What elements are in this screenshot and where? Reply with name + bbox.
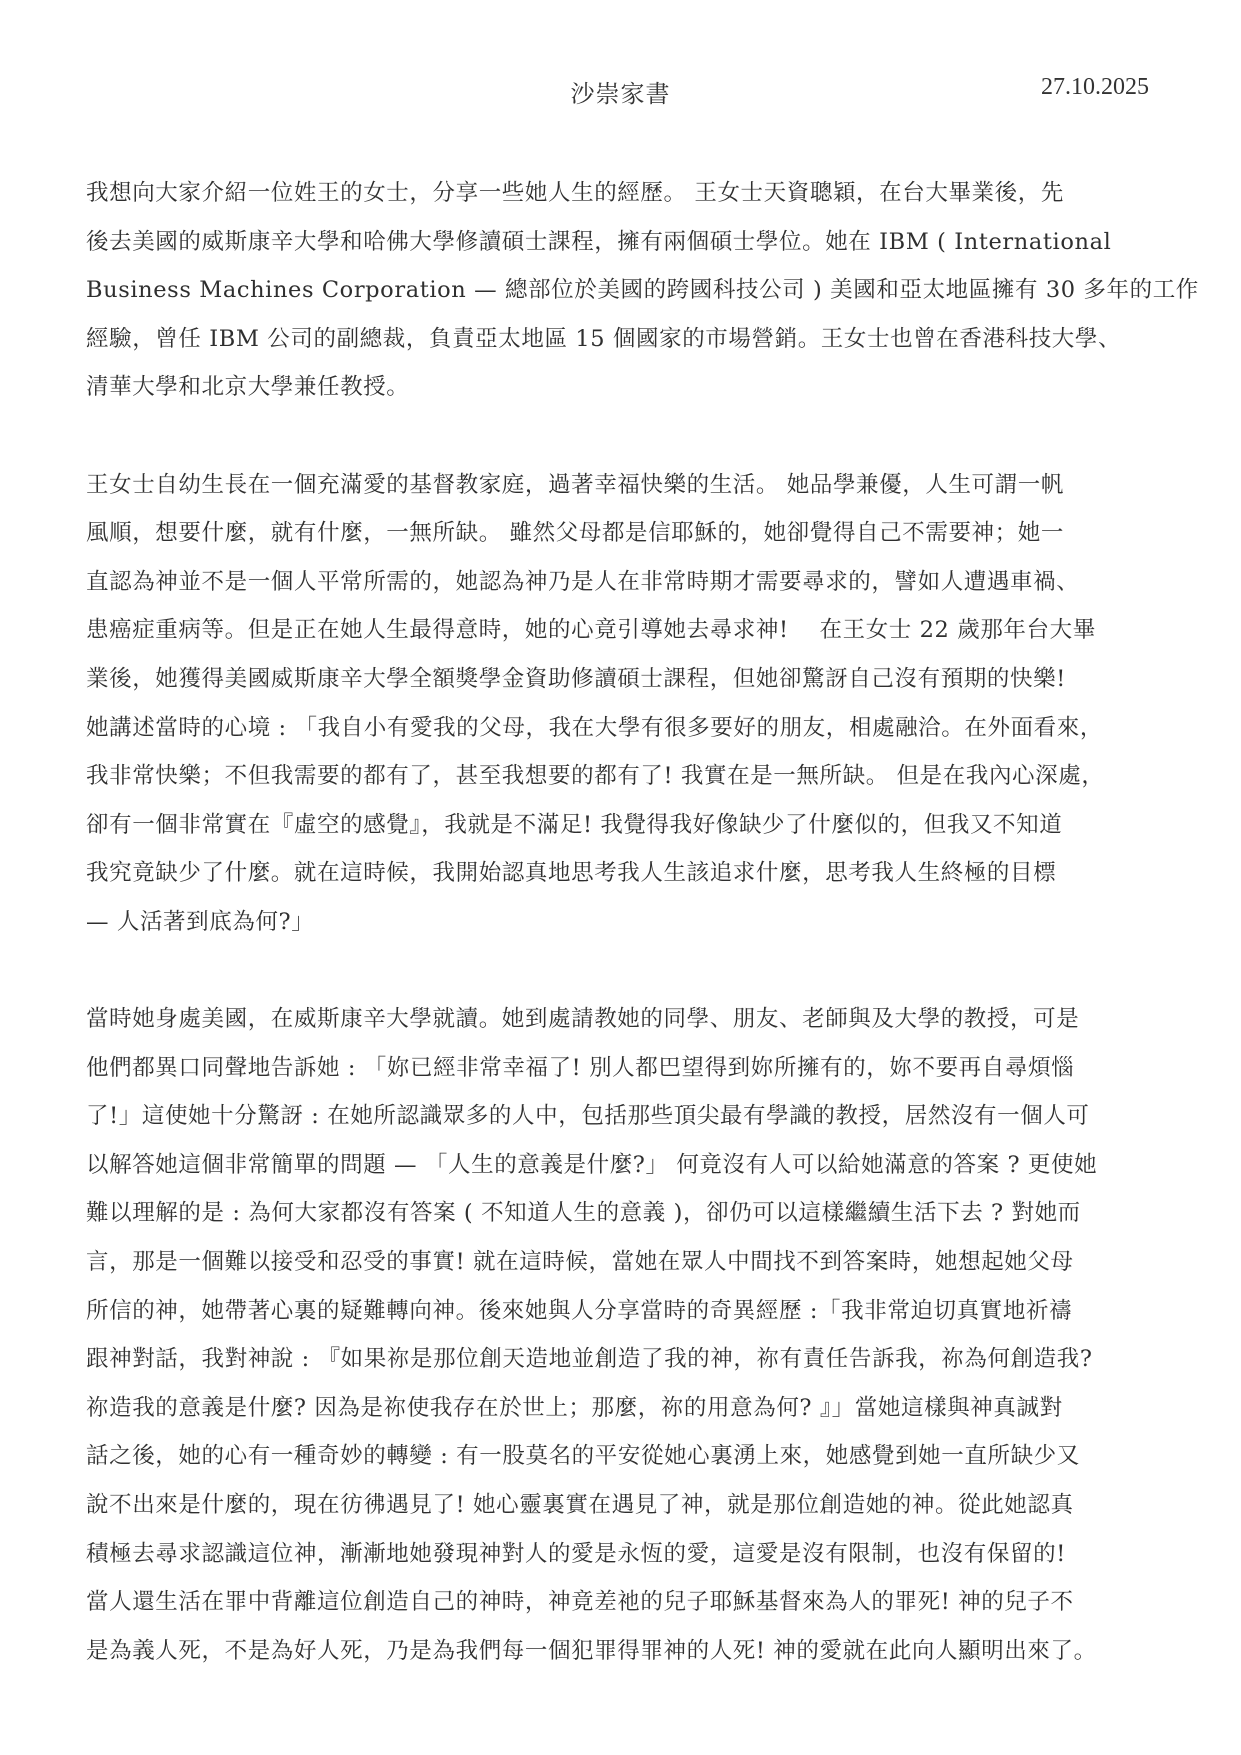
text-line: 後去美國的威斯康辛大學和哈佛大學修讀碩士課程，擁有兩個碩士學位。她在 IBM (… <box>86 218 1166 267</box>
paragraph-spacer <box>86 412 1166 461</box>
text-line: 他們都異口同聲地告訴她 : 「妳已經非常幸福了! 別人都巴望得到妳所擁有的，妳不… <box>86 1044 1166 1093</box>
text-line: 我究竟缺少了什麼。就在這時候，我開始認真地思考我人生該追求什麼，思考我人生終極的… <box>86 849 1166 898</box>
text-line: 以解答她這個非常簡單的問題 — 「人生的意義是什麼?」 何竟沒有人可以給她滿意的… <box>86 1141 1166 1190</box>
text-line: 業後，她獲得美國威斯康辛大學全額獎學金資助修讀碩士課程，但她卻驚訝自己沒有預期的… <box>86 655 1166 704</box>
text-line: 言，那是一個難以接受和忍受的事實! 就在這時候，當她在眾人中間找不到答案時，她想… <box>86 1238 1166 1287</box>
paragraph-3: 當時她身處美國，在威斯康辛大學就讀。她到處請教她的同學、朋友、老師與及大學的教授… <box>86 995 1166 1675</box>
text-line: 祢造我的意義是什麼? 因為是祢使我存在於世上；那麼，祢的用意為何? 』」當她這樣… <box>86 1384 1166 1433</box>
text-line: Business Machines Corporation — 總部位於美國的跨… <box>86 266 1166 315</box>
paragraph-spacer <box>86 947 1166 996</box>
text-line: 我非常快樂；不但我需要的都有了，甚至我想要的都有了! 我實在是一無所缺。 但是在… <box>86 752 1166 801</box>
text-line: 直認為神並不是一個人平常所需的，她認為神乃是人在非常時期才需要尋求的，譬如人遭遇… <box>86 558 1166 607</box>
text-line: — 人活著到底為何?」 <box>86 898 1166 947</box>
document-page: 沙崇家書 27.10.2025 我想向大家介紹一位姓王的女士，分享一些她人生的經… <box>0 0 1241 1755</box>
text-line: 當時她身處美國，在威斯康辛大學就讀。她到處請教她的同學、朋友、老師與及大學的教授… <box>86 995 1166 1044</box>
paragraph-1: 我想向大家介紹一位姓王的女士，分享一些她人生的經歷。 王女士天資聰穎，在台大畢業… <box>86 169 1166 412</box>
text-line: 卻有一個非常實在『虛空的感覺』，我就是不滿足! 我覺得我好像缺少了什麼似的，但我… <box>86 801 1166 850</box>
paragraph-2: 王女士自幼生長在一個充滿愛的基督教家庭，過著幸福快樂的生活。 她品學兼優，人生可… <box>86 461 1166 947</box>
document-body: 我想向大家介紹一位姓王的女士，分享一些她人生的經歷。 王女士天資聰穎，在台大畢業… <box>86 169 1166 1675</box>
document-date: 27.10.2025 <box>1041 74 1149 101</box>
text-line: 說不出來是什麼的，現在彷彿遇見了! 她心靈裏實在遇見了神，就是那位創造她的神。從… <box>86 1481 1166 1530</box>
text-line: 當人還生活在罪中背離這位創造自己的神時，神竟差祂的兒子耶穌基督來為人的罪死! 神… <box>86 1578 1166 1627</box>
text-line: 是為義人死，不是為好人死，乃是為我們每一個犯罪得罪神的人死! 神的愛就在此向人顯… <box>86 1627 1166 1676</box>
text-line: 患癌症重病等。但是正在她人生最得意時，她的心竟引導她去尋求神! 在王女士 22 … <box>86 606 1166 655</box>
text-line: 話之後，她的心有一種奇妙的轉變 : 有一股莫名的平安從她心裏湧上來，她感覺到她一… <box>86 1432 1166 1481</box>
text-line: 她講述當時的心境 : 「我自小有愛我的父母，我在大學有很多要好的朋友，相處融洽。… <box>86 704 1166 753</box>
text-line: 風順，想要什麼，就有什麼，一無所缺。 雖然父母都是信耶穌的，她卻覺得自己不需要神… <box>86 509 1166 558</box>
text-line: 我想向大家介紹一位姓王的女士，分享一些她人生的經歷。 王女士天資聰穎，在台大畢業… <box>86 169 1166 218</box>
text-line: 王女士自幼生長在一個充滿愛的基督教家庭，過著幸福快樂的生活。 她品學兼優，人生可… <box>86 461 1166 510</box>
text-line: 所信的神，她帶著心裏的疑難轉向神。後來她與人分享當時的奇異經歷 :「我非常迫切真… <box>86 1287 1166 1336</box>
text-line: 清華大學和北京大學兼任教授。 <box>86 363 1166 412</box>
text-line: 積極去尋求認識這位神，漸漸地她發現神對人的愛是永恆的愛，這愛是沒有限制，也沒有保… <box>86 1530 1166 1579</box>
text-line: 經驗，曾任 IBM 公司的副總裁，負責亞太地區 15 個國家的市場營銷。王女士也… <box>86 315 1166 364</box>
text-line: 跟神對話，我對神說 : 『如果祢是那位創天造地並創造了我的神，祢有責任告訴我，祢… <box>86 1335 1166 1384</box>
text-line: 難以理解的是 : 為何大家都沒有答案 ( 不知道人生的意義 )，卻仍可以這樣繼續… <box>86 1189 1166 1238</box>
text-line: 了!」這使她十分驚訝 : 在她所認識眾多的人中，包括那些頂尖最有學識的教授，居然… <box>86 1092 1166 1141</box>
